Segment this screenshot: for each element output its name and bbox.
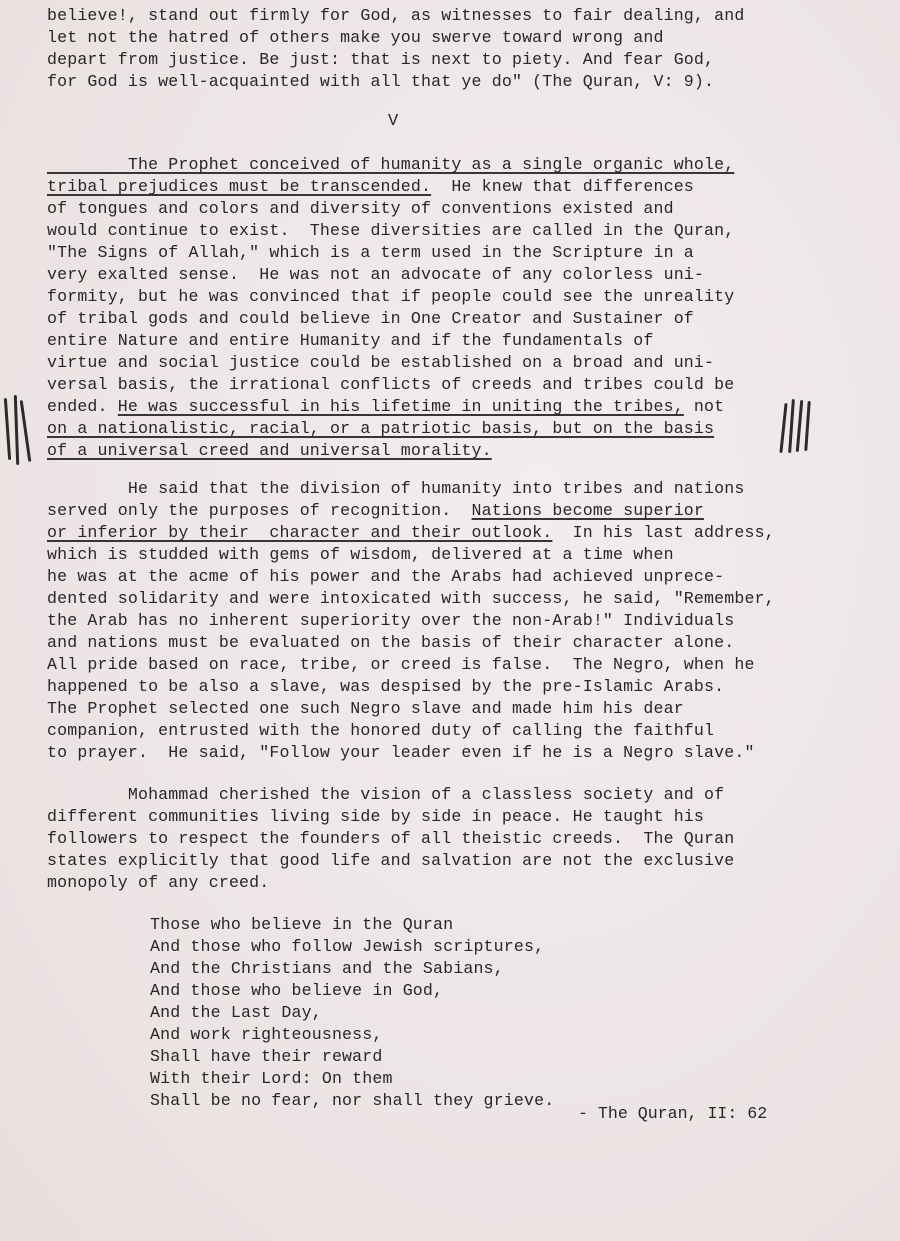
- text-line: dented solidarity and were intoxicated w…: [47, 588, 775, 610]
- text-line-underlined: ended. He was successful in his lifetime…: [47, 396, 724, 418]
- text-line: virtue and social justice could be estab…: [47, 352, 714, 374]
- pen-stroke: [4, 398, 11, 460]
- text-line: Mohammad cherished the vision of a class…: [47, 784, 724, 806]
- text-line: he was at the acme of his power and the …: [47, 566, 724, 588]
- underlined-phrase: tribal prejudices must be transcended.: [47, 177, 431, 196]
- text-line: of tongues and colors and diversity of c…: [47, 198, 674, 220]
- section-number: V: [388, 112, 398, 131]
- verse-attribution: - The Quran, II: 62: [578, 1104, 767, 1123]
- underlined-phrase: or inferior by their character and their…: [47, 523, 552, 542]
- text-line: to prayer. He said, "Follow your leader …: [47, 742, 755, 764]
- text-line-underlined: of a universal creed and universal moral…: [47, 440, 492, 462]
- text-line: monopoly of any creed.: [47, 872, 269, 894]
- text-line: let not the hatred of others make you sw…: [47, 27, 664, 49]
- underlined-phrase: Nations become superior: [472, 501, 704, 520]
- verse-line: And the Last Day,: [150, 1002, 322, 1024]
- text-fragment: served only the purposes of recognition.: [47, 501, 472, 520]
- text-line: "The Signs of Allah," which is a term us…: [47, 242, 694, 264]
- text-line-underlined: The Prophet conceived of humanity as a s…: [47, 154, 734, 176]
- pen-stroke: [14, 395, 19, 465]
- verse-line: And work righteousness,: [150, 1024, 382, 1046]
- text-line: states explicitly that good life and sal…: [47, 850, 734, 872]
- text-fragment: not: [684, 397, 724, 416]
- text-line: versal basis, the irrational conflicts o…: [47, 374, 734, 396]
- text-line: very exalted sense. He was not an advoca…: [47, 264, 704, 286]
- pen-stroke: [20, 400, 32, 462]
- text-line: would continue to exist. These diversiti…: [47, 220, 734, 242]
- verse-line: With their Lord: On them: [150, 1068, 393, 1090]
- text-fragment: ended.: [47, 397, 118, 416]
- text-line: companion, entrusted with the honored du…: [47, 720, 714, 742]
- text-line: entire Nature and entire Humanity and if…: [47, 330, 653, 352]
- text-line: which is studded with gems of wisdom, de…: [47, 544, 674, 566]
- verse-line: Those who believe in the Quran: [150, 914, 453, 936]
- pen-stroke: [804, 401, 810, 451]
- verse-line: And the Christians and the Sabians,: [150, 958, 504, 980]
- text-line: All pride based on race, tribe, or creed…: [47, 654, 755, 676]
- text-line-underlined: on a nationalistic, racial, or a patriot…: [47, 418, 714, 440]
- text-line: different communities living side by sid…: [47, 806, 704, 828]
- text-line: He said that the division of humanity in…: [47, 478, 744, 500]
- text-line-underlined: served only the purposes of recognition.…: [47, 500, 704, 522]
- text-line: believe!, stand out firmly for God, as w…: [47, 5, 744, 27]
- text-line: happened to be also a slave, was despise…: [47, 676, 724, 698]
- text-line-underlined: or inferior by their character and their…: [47, 522, 775, 544]
- pen-stroke: [779, 403, 787, 453]
- text-line: depart from justice. Be just: that is ne…: [47, 49, 714, 71]
- text-line: formity, but he was convinced that if pe…: [47, 286, 734, 308]
- text-fragment: In his last address,: [552, 523, 774, 542]
- document-page: believe!, stand out firmly for God, as w…: [0, 0, 900, 1241]
- text-line: for God is well-acquainted with all that…: [47, 71, 714, 93]
- text-line: and nations must be evaluated on the bas…: [47, 632, 734, 654]
- verse-line: Shall have their reward: [150, 1046, 382, 1068]
- text-line: The Prophet selected one such Negro slav…: [47, 698, 684, 720]
- text-line: the Arab has no inherent superiority ove…: [47, 610, 734, 632]
- verse-line: And those who believe in God,: [150, 980, 443, 1002]
- verse-line: And those who follow Jewish scriptures,: [150, 936, 544, 958]
- underlined-phrase: He was successful in his lifetime in uni…: [118, 397, 684, 416]
- pen-stroke: [788, 399, 795, 453]
- text-line: of tribal gods and could believe in One …: [47, 308, 694, 330]
- text-line: followers to respect the founders of all…: [47, 828, 734, 850]
- text-line-underlined: tribal prejudices must be transcended. H…: [47, 176, 694, 198]
- verse-line: Shall be no fear, nor shall they grieve.: [150, 1090, 554, 1112]
- pen-stroke: [796, 400, 804, 452]
- text-fragment: He knew that differences: [431, 177, 694, 196]
